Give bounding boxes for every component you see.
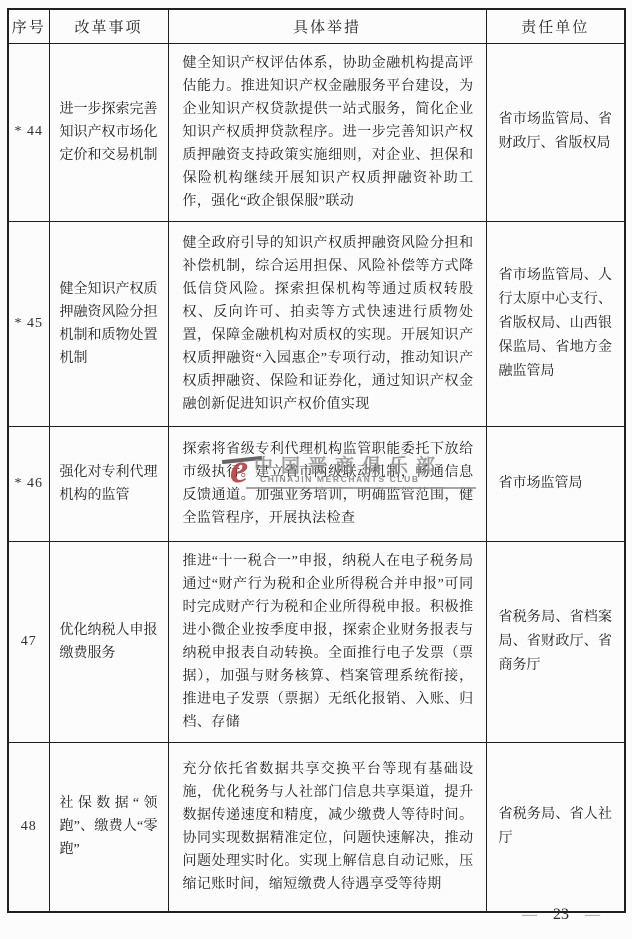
cell-reform-item: 进一步探索完善知识产权市场化定价和交易机制 (49, 43, 168, 221)
table-row: 48 社保数据“领跑”、缴费人“零跑” 充分依托省数据共享交换平台等现有基础设施… (8, 742, 625, 912)
cell-responsible-unit: 省税务局、省档案局、省财政厅、省商务厅 (486, 541, 625, 742)
cell-index: * 45 (8, 221, 49, 426)
col-header-responsible-unit: 责任单位 (486, 9, 625, 43)
page-number: 23 (553, 906, 569, 924)
cell-measures: 推进“十一税合一”申报，纳税人在电子税务局通过“财产行为税和企业所得税合并申报”… (168, 541, 486, 742)
cell-responsible-unit: 省市场监管局、人行太原中心支行、省版权局、山西银保监局、省地方金融监管局 (486, 221, 625, 426)
cell-index: 47 (8, 541, 49, 742)
footer-dash-left: — (522, 907, 537, 924)
table-row: * 44 进一步探索完善知识产权市场化定价和交易机制 健全知识产权评估体系，协助… (8, 43, 625, 221)
footer-dash-right: — (585, 907, 600, 924)
cell-responsible-unit: 省市场监管局、省财政厅、省版权局 (486, 43, 625, 221)
table-row: * 46 强化对专利代理机构的监管 探索将省级专利代理机构监管职能委托下放给市级… (8, 426, 625, 541)
reform-measures-table: 序号 改革事项 具体举措 责任单位 * 44 进一步探索完善知识产权市场化定价和… (7, 8, 626, 913)
cell-index: 48 (8, 742, 49, 912)
page-footer: — 23 — (522, 906, 600, 924)
cell-reform-item: 社保数据“领跑”、缴费人“零跑” (49, 742, 168, 912)
cell-reform-item: 健全知识产权质押融资风险分担机制和质物处置机制 (49, 221, 168, 426)
cell-measures: 探索将省级专利代理机构监管职能委托下放给市级执行。建立省市两级联动机制，畅通信息… (168, 426, 486, 541)
col-header-measures: 具体举措 (168, 9, 486, 43)
cell-responsible-unit: 省税务局、省人社厅 (486, 742, 625, 912)
cell-measures: 健全知识产权评估体系，协助金融机构提高评估能力。推进知识产权金融服务平台建设，为… (168, 43, 486, 221)
col-header-reform-item: 改革事项 (49, 9, 168, 43)
table-row: 47 优化纳税人申报缴费服务 推进“十一税合一”申报，纳税人在电子税务局通过“财… (8, 541, 625, 742)
cell-reform-item: 强化对专利代理机构的监管 (49, 426, 168, 541)
cell-measures: 充分依托省数据共享交换平台等现有基础设施，优化税务与人社部门信息共享渠道，提升数… (168, 742, 486, 912)
cell-index: * 46 (8, 426, 49, 541)
table-header-row: 序号 改革事项 具体举措 责任单位 (8, 9, 625, 43)
table-row: * 45 健全知识产权质押融资风险分担机制和质物处置机制 健全政府引导的知识产权… (8, 221, 625, 426)
cell-index: * 44 (8, 43, 49, 221)
cell-measures: 健全政府引导的知识产权质押融资风险分担和补偿机制，综合运用担保、风险补偿等方式降… (168, 221, 486, 426)
col-header-index: 序号 (8, 9, 49, 43)
cell-reform-item: 优化纳税人申报缴费服务 (49, 541, 168, 742)
cell-responsible-unit: 省市场监管局 (486, 426, 625, 541)
